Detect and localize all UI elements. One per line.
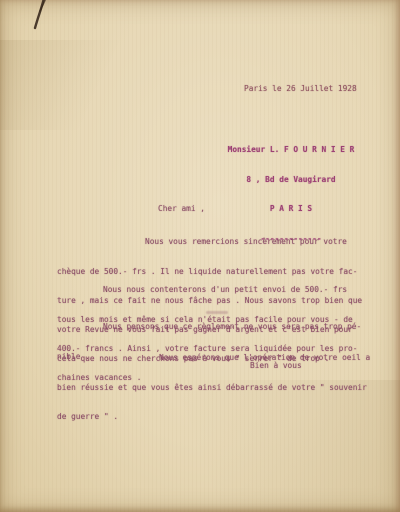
body-line: Nous espérons que l'opération de votre o…	[57, 353, 369, 363]
body-line: Nous vous remercions sincèrement pour vo…	[57, 237, 369, 247]
letter-scan: Paris le 26 Juillet 1928 Monsieur L. F O…	[0, 0, 400, 512]
closing-salutation: Bien à vous	[250, 361, 302, 371]
ink-smudge	[206, 311, 228, 314]
body-line: Nous pensons que ce règlement ne vous se…	[57, 322, 369, 332]
date-line: Paris le 26 Juillet 1928	[244, 84, 357, 94]
handwritten-ink-stroke	[26, 0, 56, 38]
paper-crease	[0, 40, 180, 130]
paragraph-4: Nous espérons que l'opération de votre o…	[57, 334, 369, 441]
recipient-city: P A R I S	[218, 204, 364, 214]
recipient-name: Monsieur L. F O U R N I E R	[218, 145, 364, 155]
body-line: de guerre " .	[57, 412, 369, 422]
body-line: Nous nous contenterons d'un petit envoi …	[57, 285, 369, 295]
body-line: bien réussie et que vous êtes ainsi déba…	[57, 383, 369, 393]
recipient-street: 8 , Bd de Vaugirard	[218, 175, 364, 185]
salutation: Cher ami ,	[158, 204, 205, 214]
